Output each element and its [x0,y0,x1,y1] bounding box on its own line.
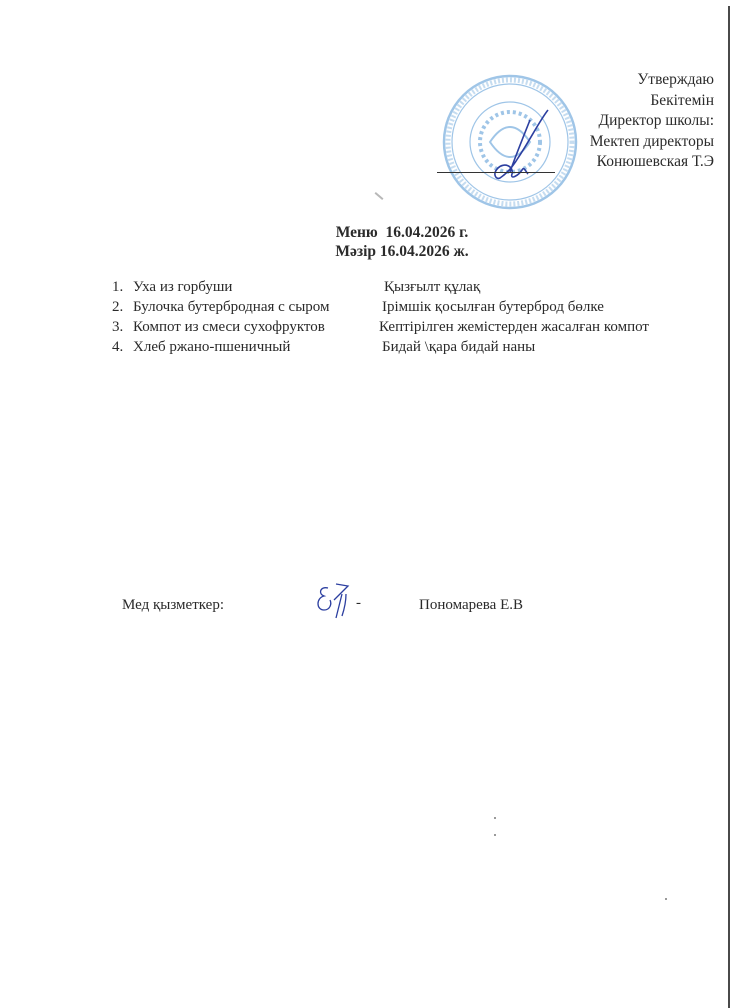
menu-title-ru: Меню 16.04.2026 г. [0,224,732,242]
menu-item-number: 3. [112,317,123,337]
menu-item: 2. Булочка бутербродная с сыром Ірімшік … [112,297,712,317]
approval-line-approve-ru: Утверждаю [454,70,714,91]
menu-item-kz: Кептірілген жемістерден жасалған компот [379,317,649,337]
menu-item-ru: Булочка бутербродная с сыром [133,297,329,317]
approval-line-director-name: Конюшевская Т.Э [454,152,714,173]
medical-staff-label: Мед қызметкер: [122,597,224,614]
approval-line-position-ru: Директор школы: [454,111,714,132]
menu-title-kz: Мәзір 16.04.2026 ж. [0,243,732,261]
menu-item: 3. Компот из смеси сухофруктов Кептірілг… [112,317,712,337]
menu-item-kz: Ірімшік қосылған бутерброд бөлке [382,297,604,317]
menu-item-ru: Хлеб ржано-пшеничный [133,337,290,357]
menu-item-number: 1. [112,277,123,297]
medical-signature-icon [312,580,360,622]
approval-line-position-kz: Мектеп директоры [454,132,714,153]
menu-item: 1. Уха из горбуши Қызғылт құлақ [112,277,712,297]
menu-list: 1. Уха из горбуши Қызғылт құлақ 2. Булоч… [112,277,712,357]
scan-edge-line [728,6,730,1008]
menu-item-number: 2. [112,297,123,317]
scan-speck [375,192,384,200]
menu-item-kz: Бидай \қара бидай наны [382,337,535,357]
approval-block: Утверждаю Бекітемін Директор школы: Мект… [454,70,714,173]
menu-item-ru: Компот из смеси сухофруктов [133,317,325,337]
scan-speck [494,817,496,819]
scan-speck [494,834,496,836]
medical-dash: - [356,595,361,612]
scan-speck [665,898,667,900]
menu-item-ru: Уха из горбуши [133,277,232,297]
menu-item: 4. Хлеб ржано-пшеничный Бидай \қара бида… [112,337,712,357]
menu-item-number: 4. [112,337,123,357]
menu-item-kz: Қызғылт құлақ [384,277,480,297]
medical-staff-name: Пономарева Е.В [419,597,523,614]
approval-line-approve-kz: Бекітемін [454,91,714,112]
